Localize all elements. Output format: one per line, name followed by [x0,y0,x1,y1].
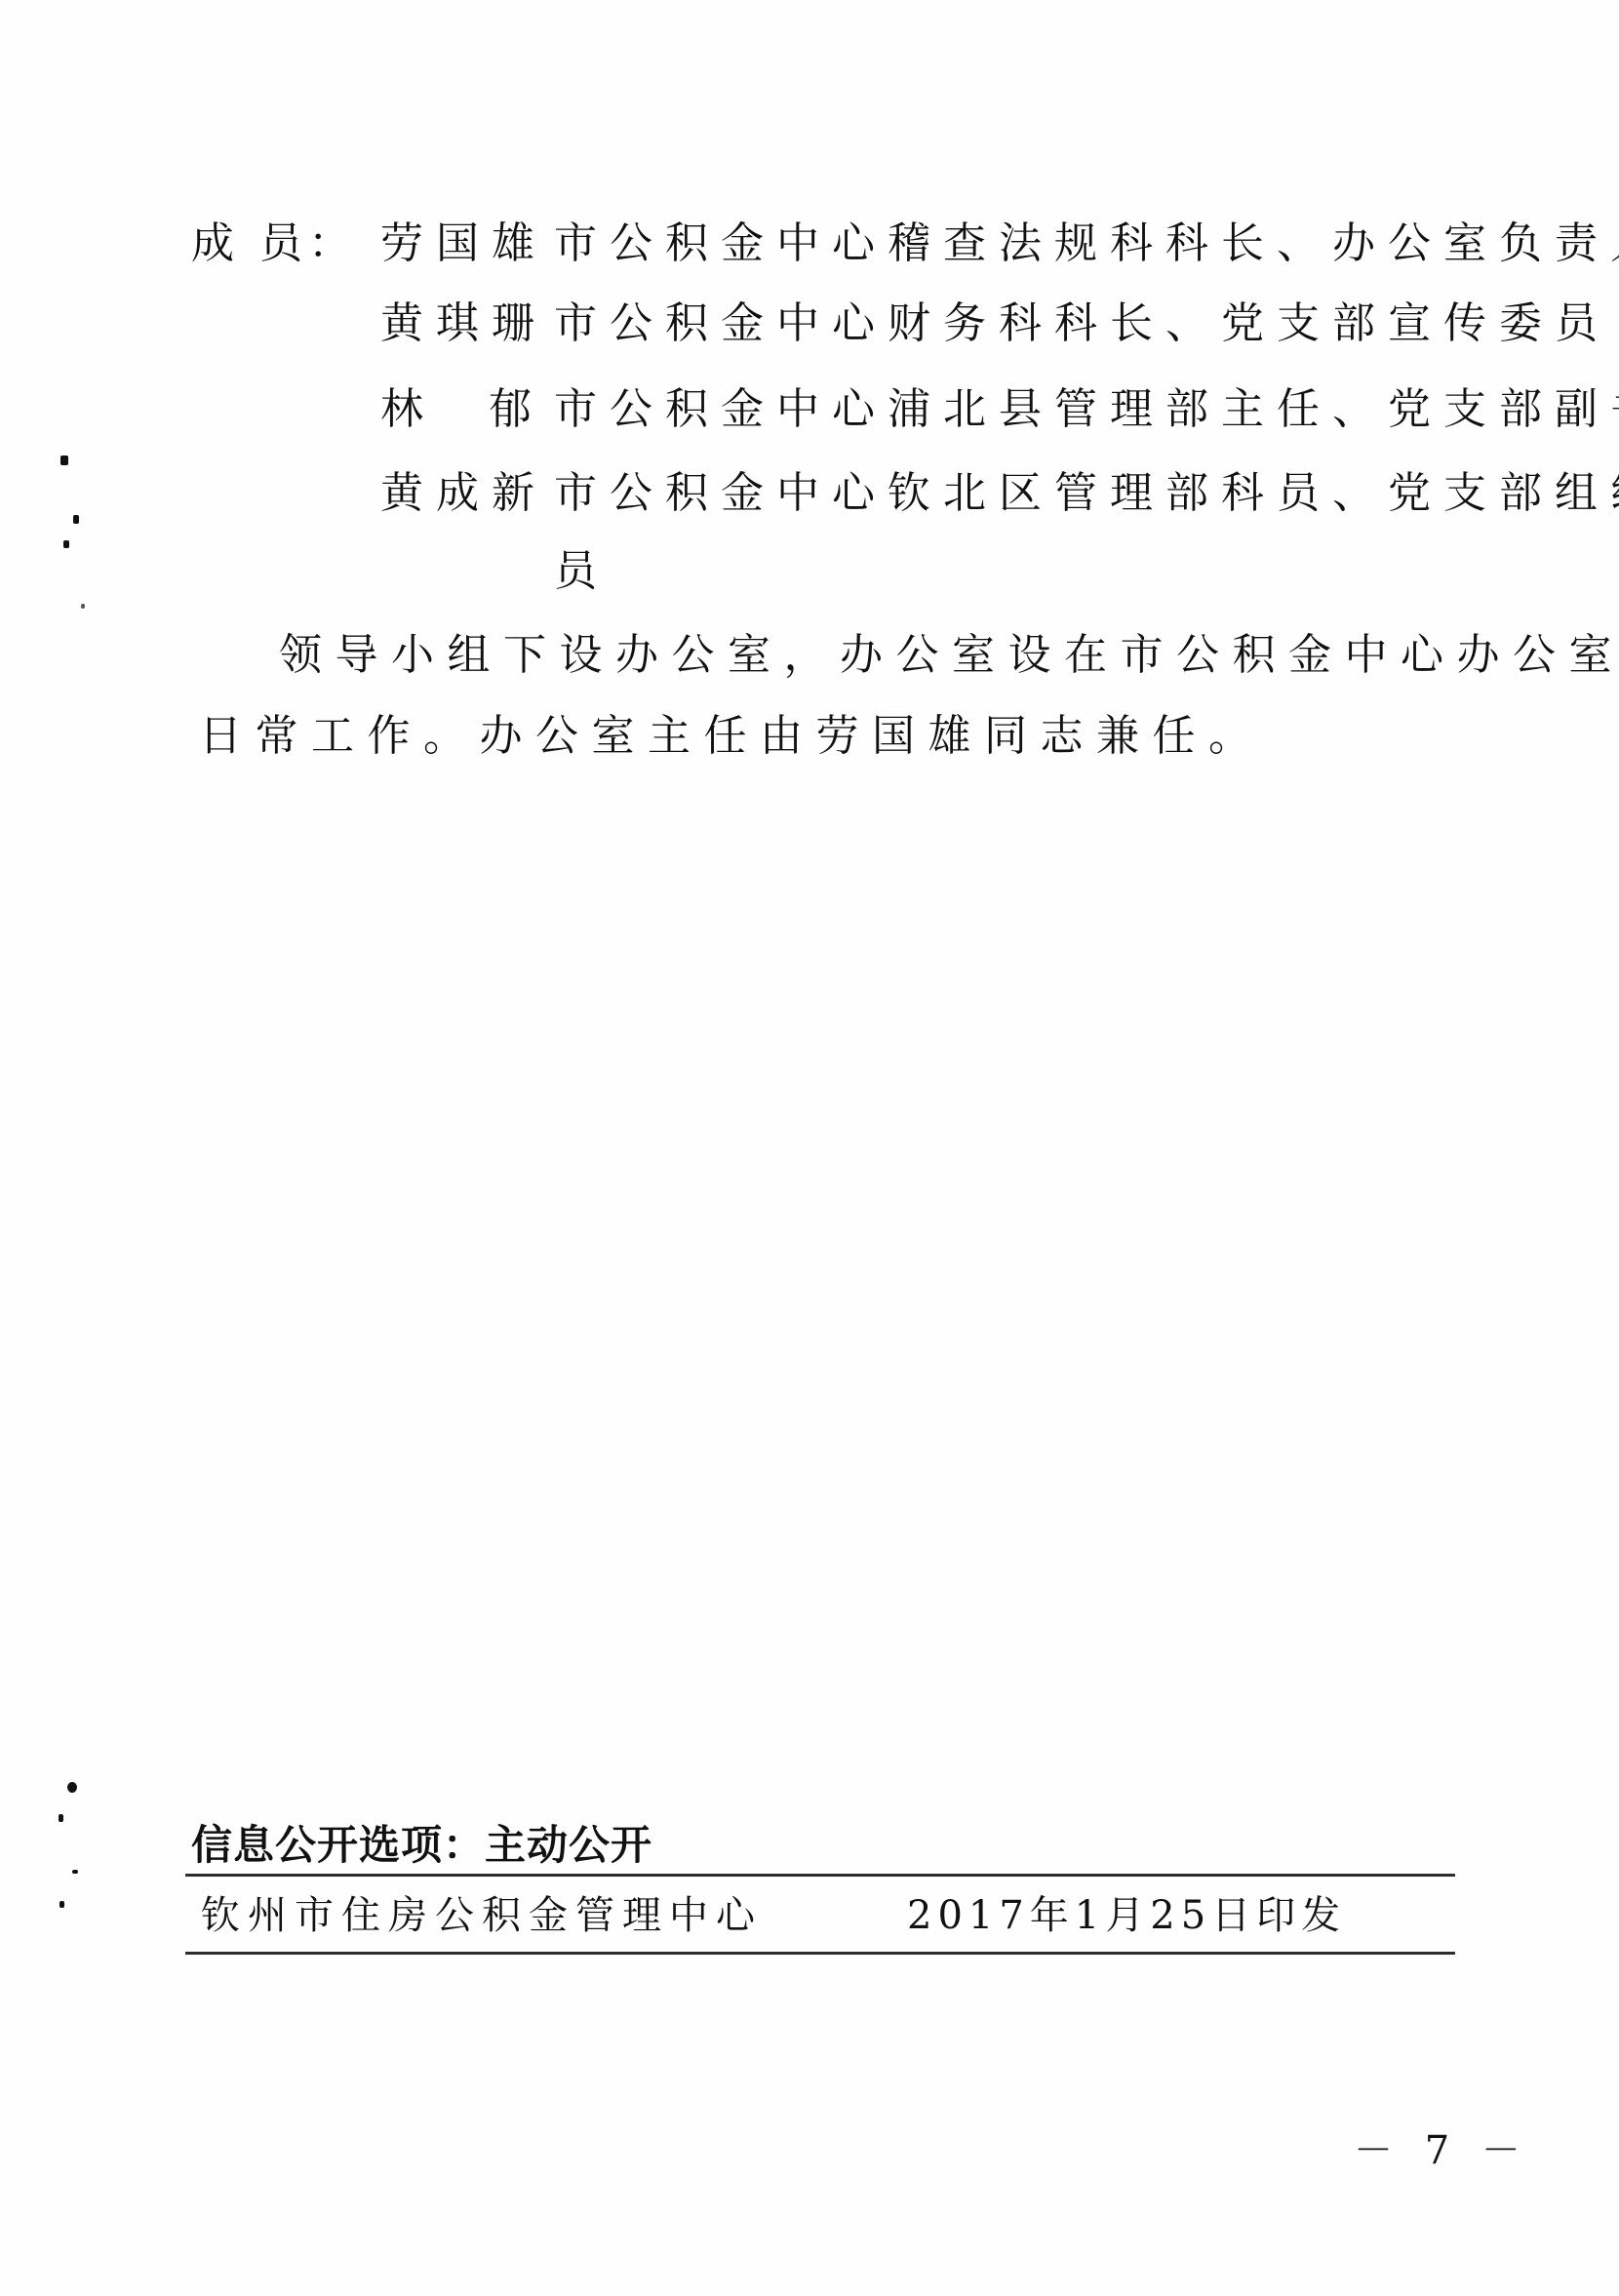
binding-mark [81,604,85,609]
member-title: 市公积金中心稽查法规科科长、办公室负责人 [554,218,1619,269]
binding-mark [59,1814,63,1822]
member-name: 林 郁 [380,384,544,435]
page-number: － 7 － [1354,2126,1530,2175]
binding-mark [72,1870,78,1874]
binding-mark [63,540,69,548]
binding-mark [67,1782,77,1793]
paragraph-line: 日常工作。办公室主任由劳国雄同志兼任。 [199,711,1265,762]
issue-date: 2017年1月25日印发 [907,1891,1346,1940]
member-title-continuation: 员 [554,546,610,597]
members-label: 成 员： [191,218,357,269]
binding-mark [73,515,79,524]
member-title: 市公积金中心浦北县管理部主任、党支部副书记 [554,384,1619,435]
document-page: 成 员： 劳国雄 市公积金中心稽查法规科科长、办公室负责人 黄琪珊 市公积金中心… [0,0,1619,2296]
binding-mark [60,455,68,465]
member-title: 市公积金中心财务科科长、党支部宣传委员 [554,298,1610,349]
member-name: 黄琪珊 [380,298,547,349]
paragraph-line: 领导小组下设办公室，办公室设在市公积金中心办公室，负责 [279,630,1619,681]
binding-mark [59,1901,64,1908]
member-title: 市公积金中心钦北区管理部科员、党支部组织委 [554,468,1619,519]
disclosure-option: 信息公开选项：主动公开 [191,1820,652,1871]
member-name: 黄成新 [380,468,547,519]
footer-rule-bottom [185,1952,1455,1955]
issuer-name: 钦州市住房公积金管理中心 [201,1891,763,1940]
member-name: 劳国雄 [380,218,547,269]
footer-rule-top [185,1874,1455,1877]
